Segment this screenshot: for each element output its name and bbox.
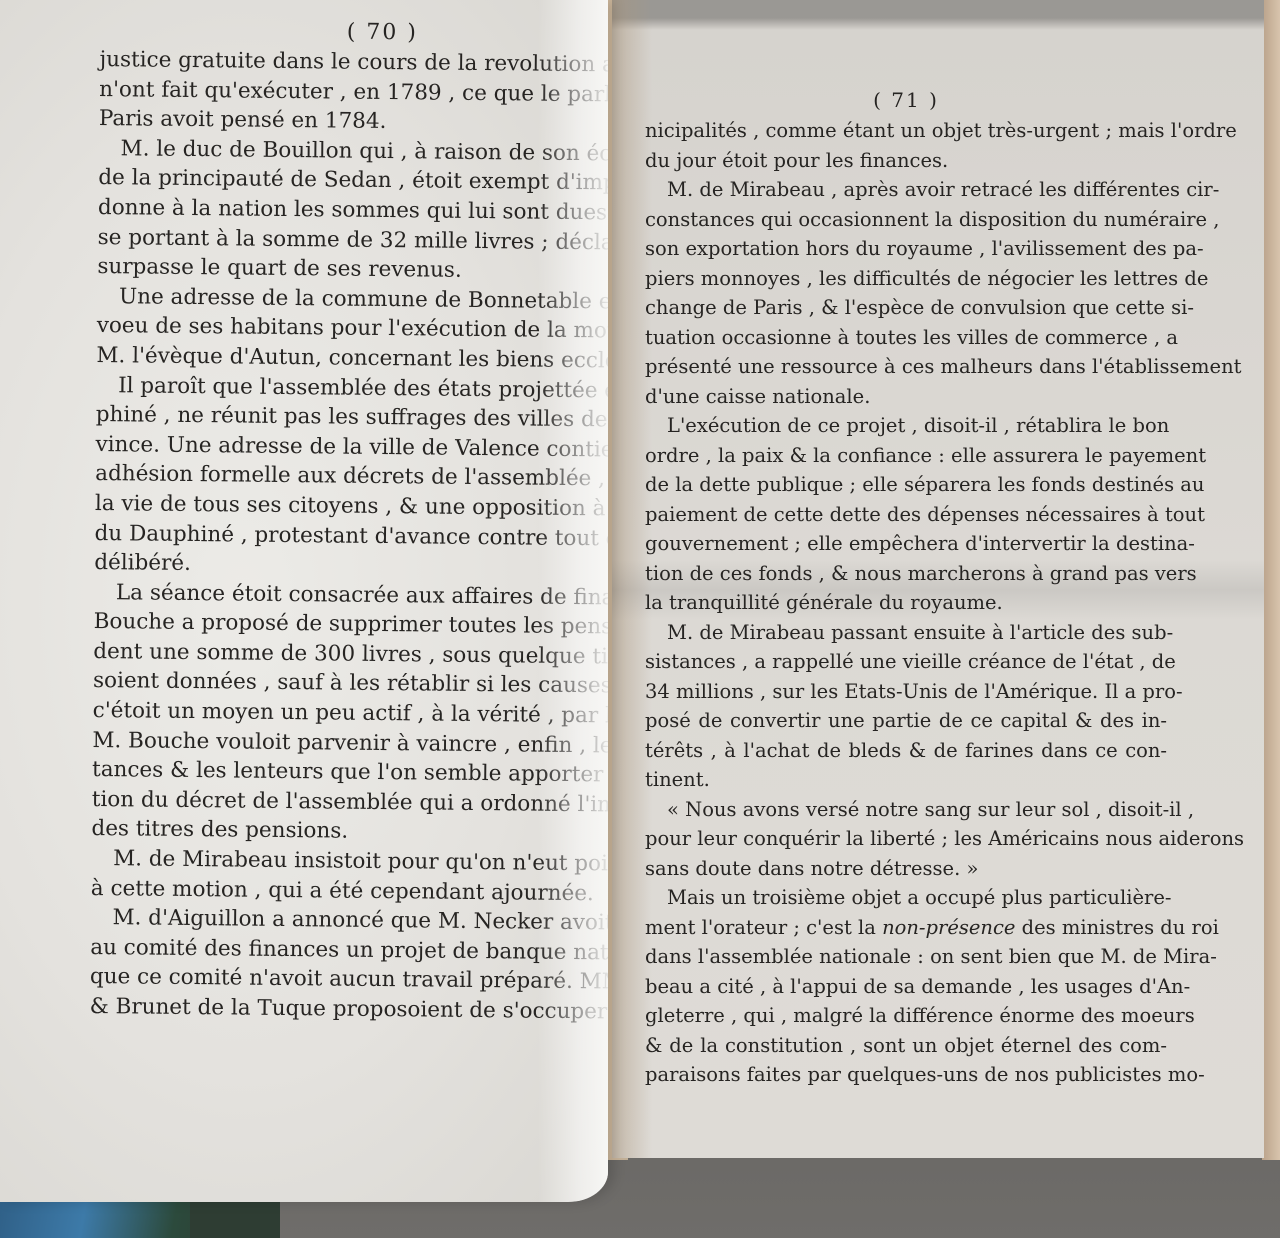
text-line: L'exécution de ce projet , disoit-il , r…: [645, 411, 1167, 441]
text-line: ordre , la paix & la confiance : elle as…: [645, 441, 1167, 471]
text-line: tuation occasionne à toutes les villes d…: [645, 323, 1167, 353]
text-line: 34 millions , sur les Etats-Unis de l'Am…: [645, 677, 1167, 707]
text-line: « Nous avons versé notre sang sur leur s…: [645, 795, 1167, 825]
right-page: ( 71 ) nicipalités , comme étant un obje…: [612, 0, 1264, 1158]
text-line: beau a cité , à l'appui de sa demande , …: [645, 972, 1167, 1002]
text-line-with-italic: ment l'orateur ; c'est la non-présence d…: [645, 913, 1167, 943]
book-photo: ( 70 ) justice gratuite dans le cours de…: [0, 0, 1280, 1238]
text-line: tion de ces fonds , & nous marcherons à …: [645, 559, 1167, 589]
page-number-70: ( 70 ): [100, 17, 605, 48]
text-line: de la dette publique ; elle séparera les…: [645, 470, 1167, 500]
text-line: délibéré.: [94, 548, 599, 583]
text-line: donne à la nation les sommes qui lui son…: [98, 193, 603, 228]
text-line: paiement de cette dette des dépenses néc…: [645, 500, 1167, 530]
text-line: M. de Mirabeau , après avoir retracé les…: [645, 175, 1167, 205]
left-page: ( 70 ) justice gratuite dans le cours de…: [0, 0, 608, 1202]
text-line: piers monnoyes , les difficultés de négo…: [645, 264, 1167, 294]
text-line: gouvernement ; elle empêchera d'interver…: [645, 529, 1167, 559]
text-line: & de la constitution , sont un objet éte…: [645, 1031, 1167, 1061]
page-number-71: ( 71 ): [645, 87, 1167, 113]
text-line: posé de convertir une partie de ce capit…: [645, 706, 1167, 736]
text-line: dans l'assemblée nationale : on sent bie…: [645, 942, 1167, 972]
text-line: M. de Mirabeau passant ensuite à l'artic…: [645, 618, 1167, 648]
text-line: nicipalités , comme étant un objet très-…: [645, 116, 1167, 146]
text-line: sistances , a rappellé une vieille créan…: [645, 647, 1167, 677]
text-line: change de Paris , & l'espèce de convulsi…: [645, 293, 1167, 323]
text-line: paraisons faites par quelques-uns de nos…: [645, 1060, 1167, 1090]
text-line: Mais un troisième objet a occupé plus pa…: [645, 883, 1167, 913]
text-line: son exportation hors du royaume , l'avil…: [645, 234, 1167, 264]
text-line: justice gratuite dans le cours de la rev…: [99, 45, 604, 80]
text-line: térêts , à l'achat de bleds & de farines…: [645, 736, 1167, 766]
text-line: pour leur conquérir la liberté ; les Amé…: [645, 824, 1167, 854]
text-line: la tranquillité générale du royaume.: [645, 588, 1167, 618]
left-page-text: ( 70 ) justice gratuite dans le cours de…: [89, 17, 604, 1027]
text-fragment: des ministres du roi: [1022, 916, 1219, 939]
text-line: la vie de tous ses citoyens , & une oppo…: [95, 489, 600, 524]
text-fragment: ment l'orateur ; c'est la: [645, 916, 876, 939]
book-cover-edge: [1262, 0, 1280, 1160]
text-line: M. l'évèque d'Autun, concernant les bien…: [96, 341, 601, 376]
text-line: M. de Mirabeau insistoit pour qu'on n'eu…: [91, 844, 596, 879]
text-line: tinent.: [645, 765, 1167, 795]
text-line: sans doute dans notre détresse. »: [645, 854, 1167, 884]
right-page-text: ( 71 ) nicipalités , comme étant un obje…: [645, 87, 1167, 1090]
text-line: d'une caisse nationale.: [645, 382, 1167, 412]
text-line: présenté une ressource à ces malheurs da…: [645, 352, 1167, 382]
text-line: gleterre , qui , malgré la différence én…: [645, 1001, 1167, 1031]
text-line: & Brunet de la Tuque proposoient de s'oc…: [89, 992, 594, 1027]
text-line: constances qui occasionnent la dispositi…: [645, 205, 1167, 235]
text-line: phiné , ne réunit pas les suffrages des …: [96, 400, 601, 435]
text-line: c'étoit un moyen un peu actif , à la vér…: [93, 696, 598, 731]
text-line: du jour étoit pour les finances.: [645, 146, 1167, 176]
italic-term: non-présence: [882, 916, 1015, 939]
